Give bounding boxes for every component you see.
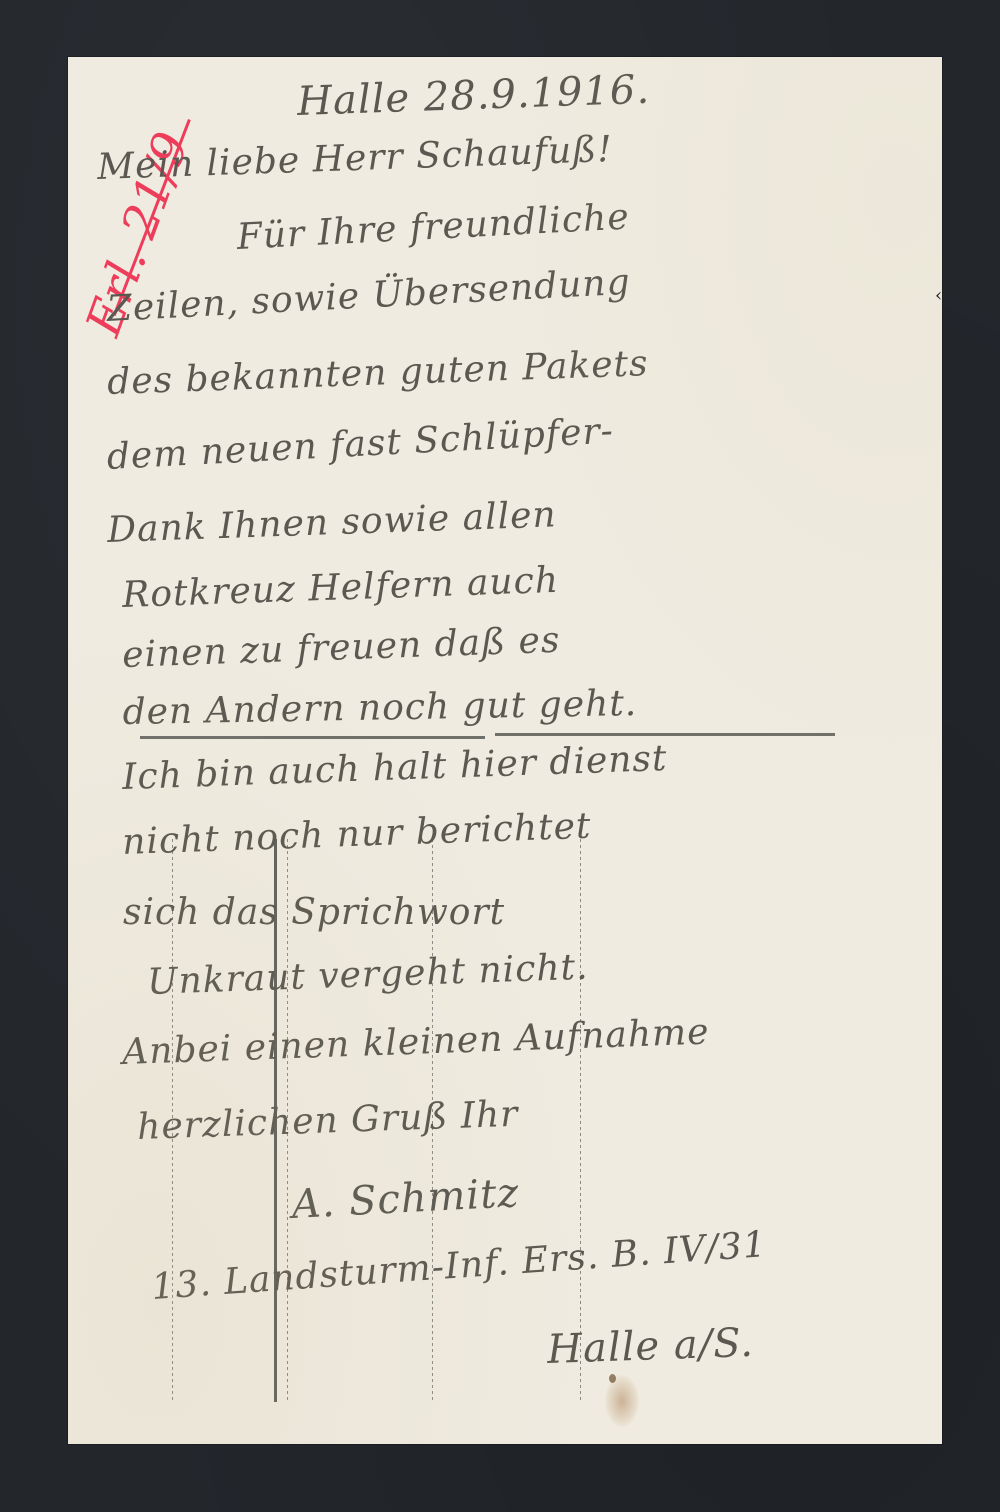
place-date: Halle 28.9.1916. — [296, 67, 650, 125]
text-line: nicht noch nur berichtet — [122, 806, 592, 863]
text-line: einen zu freuen daß es — [122, 620, 561, 676]
text-line: Rotkreuz Helfern auch — [122, 560, 560, 616]
text-line: dem neuen fast Schlüpfer- — [106, 410, 615, 478]
dotted-rule-4 — [580, 839, 581, 1402]
text-line: Dank Ihnen sowie allen — [107, 494, 558, 551]
edge-mark: ‹ — [935, 285, 942, 306]
signature-place: Halle a/S. — [546, 1320, 754, 1373]
stain — [605, 1375, 639, 1427]
printed-rule-right — [495, 733, 835, 736]
text-line: Ich bin auch halt hier dienst — [122, 738, 668, 798]
postcard: Erl. 21/9 Halle 28.9.1916. Mein liebe He… — [68, 57, 942, 1444]
signature-name: A. Schmitz — [291, 1170, 521, 1228]
text-line: Unkraut vergeht nicht. — [147, 947, 590, 1003]
text-line: Anbei einen kleinen Aufnahme — [122, 1012, 711, 1073]
closing: herzlichen Gruß Ihr — [137, 1094, 519, 1148]
stain-dot — [609, 1374, 616, 1383]
text-line: Für Ihre freundliche — [236, 196, 631, 258]
text-line: den Andern noch gut geht. — [122, 683, 637, 733]
signature-unit: 13. Landsturm-Inf. Ers. B. IV/31 — [150, 1224, 768, 1308]
printed-rule-left — [140, 736, 485, 739]
text-line: Zeilen, sowie Übersendung — [106, 262, 632, 330]
text-line: des bekannten guten Pakets — [107, 343, 650, 403]
text-line: sich das Sprichwort — [123, 892, 505, 933]
